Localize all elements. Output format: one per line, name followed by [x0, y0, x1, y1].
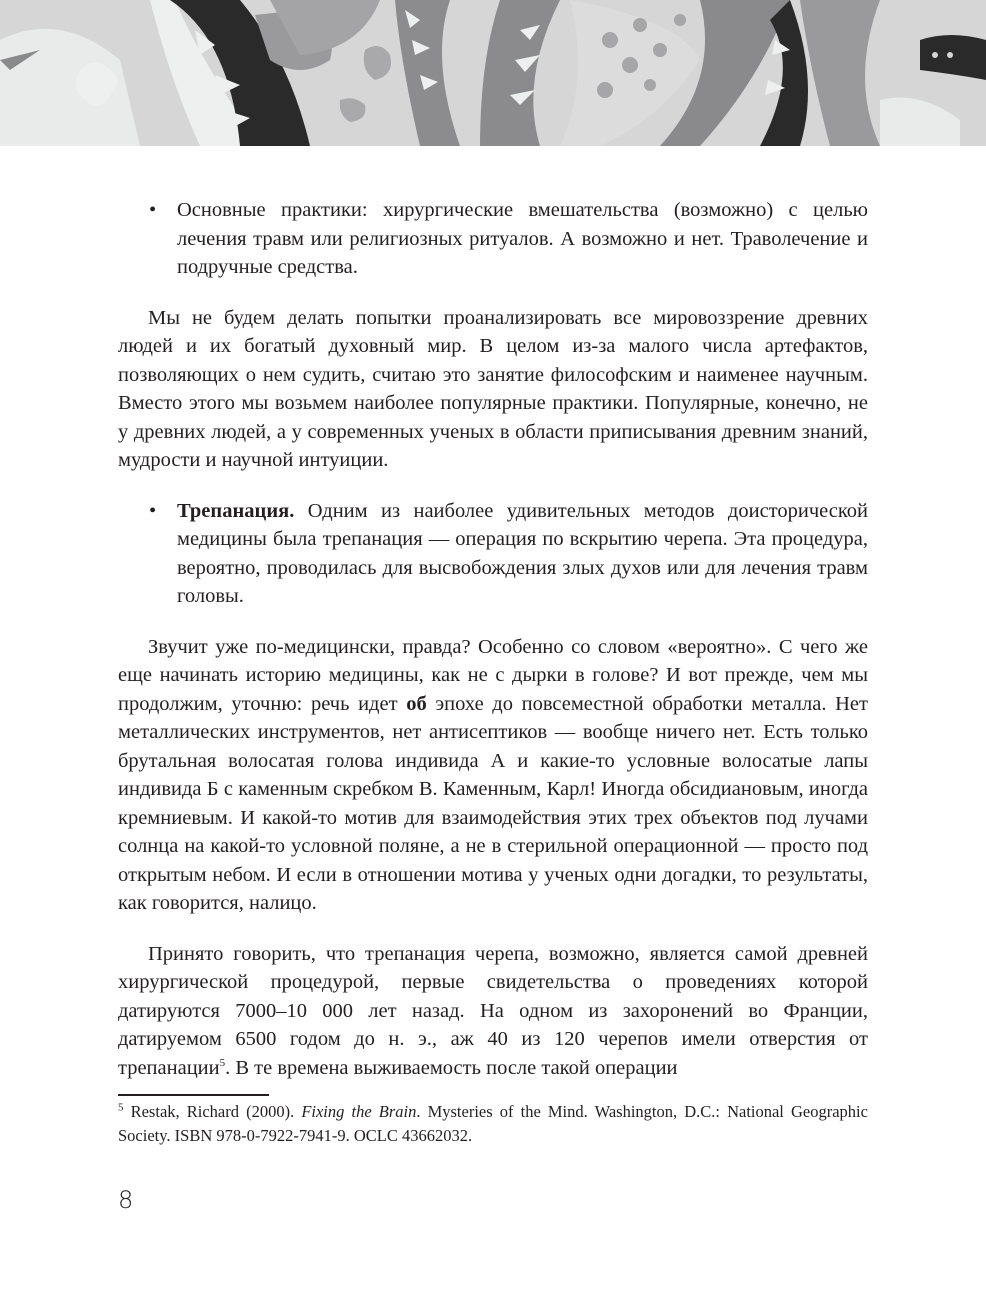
- bullet-text: Основные практики: хирургические вмешате…: [177, 199, 868, 278]
- bullet-item-trepanation: • Трепанация. Одним из наиболее удивител…: [118, 497, 868, 611]
- footnote-text: Restak, Richard (2000).: [124, 1102, 302, 1121]
- footnote-divider: [118, 1094, 269, 1096]
- page-number: 8: [118, 1186, 133, 1214]
- paragraph: Принято говорить, что трепанация черепа,…: [118, 940, 868, 1083]
- paragraph-text: эпохе до повсеместной обработки металла.…: [118, 693, 868, 915]
- decorative-banner: [0, 0, 986, 146]
- bold-word: об: [406, 693, 427, 715]
- botanical-pattern-icon: [0, 0, 986, 146]
- bullet-icon: •: [149, 196, 156, 225]
- page-body: • Основные практики: хирургические вмеша…: [118, 196, 868, 1104]
- paragraph-text: . В те времена выживаемость после такой …: [225, 1057, 677, 1079]
- footnote-book-title: Fixing the Brain: [301, 1102, 416, 1121]
- bullet-term: Трепанация.: [177, 500, 294, 522]
- bullet-item-practices: • Основные практики: хирургические вмеша…: [118, 196, 868, 282]
- paragraph: Звучит уже по-медицински, правда? Особен…: [118, 633, 868, 918]
- footnote: 5 Restak, Richard (2000). Fixing the Bra…: [118, 1100, 868, 1147]
- paragraph: Мы не будем делать попытки проанализиров…: [118, 304, 868, 475]
- bullet-icon: •: [149, 497, 156, 526]
